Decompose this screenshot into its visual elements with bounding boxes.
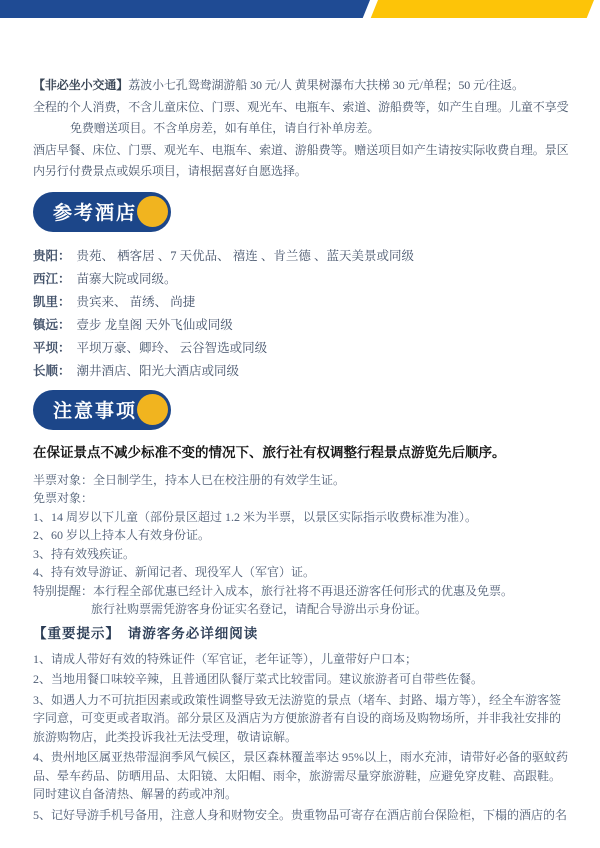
section-title-hotels: 参考酒店 <box>53 198 137 225</box>
top-banner <box>0 0 600 18</box>
special-reminder-line: 特别提醒：本行程全部优惠已经计入成本，旅行社将不再退还游客任何形式的优惠及免票。 <box>33 582 570 601</box>
free-ticket-item: 1、14 周岁以下儿童（部份景区超过 1.2 米为半票，以景区实际指示收费标准为… <box>33 508 570 527</box>
hotel-row: 贵阳：贵苑、 栖客居 、7 天优品、 禧连 、肯兰德 、蓝天美景或同级 <box>33 245 570 268</box>
special-reminder-line: 旅行社购票需凭游客身份证实名登记，请配合导游出示身份证。 <box>33 600 570 619</box>
hotel-city-label: 镇远： <box>33 318 71 332</box>
free-ticket-label: 免票对象： <box>33 489 570 508</box>
hotel-names: 苗寨大院或同级。 <box>77 272 177 286</box>
hotel-row: 西江：苗寨大院或同级。 <box>33 268 570 291</box>
tip-item: 2、当地用餐口味较辛辣，且普通团队餐厅菜式比较雷同。建议旅游者可自带些佐餐。 <box>33 670 570 689</box>
notes-list: 半票对象：全日制学生，持本人已在校注册的有效学生证。 免票对象： 1、14 周岁… <box>33 471 570 619</box>
section-header-hotels: 参考酒店 <box>33 192 171 232</box>
hotel-row: 镇远：壹步 龙皇阁 天外飞仙或同级 <box>33 314 570 337</box>
hotel-names: 潮井酒店、阳光大酒店或同级 <box>77 364 240 378</box>
banner-stripe-blue <box>0 0 370 18</box>
intro-line: 免费赠送项目。不含单房差，如有单住，请自行补单房差。 <box>33 118 570 140</box>
intro-line: 全程的个人消费，不含儿童床位、门票、观光车、电瓶车、索道、游船费等，如产生自理。… <box>33 97 570 119</box>
hotel-row: 平坝：平坝万豪、卿玲、 云谷智选或同级 <box>33 337 570 360</box>
hotel-row: 凯里：贵宾来、 苗绣、 尚捷 <box>33 291 570 314</box>
section-title-notes: 注意事项 <box>53 396 137 423</box>
intro-line-text: 荔波小七孔鸳鸯湖游船 30 元/人 黄果树瀑布大扶梯 30 元/单程；50 元/… <box>128 78 524 92</box>
hotel-row: 长顺：潮井酒店、阳光大酒店或同级 <box>33 360 570 383</box>
intro-line: 酒店早餐、床位、门票、观光车、电瓶车、索道、游船费等。赠送项目如产生请按实际收费… <box>33 140 570 162</box>
section-header-notes: 注意事项 <box>33 390 171 430</box>
tip-item: 5、记好导游手机号备用，注意人身和财物安全。贵重物品可寄存在酒店前台保险柜，下榻… <box>33 806 570 825</box>
hotels-list: 贵阳：贵苑、 栖客居 、7 天优品、 禧连 、肯兰德 、蓝天美景或同级 西江：苗… <box>33 245 570 383</box>
half-ticket-line: 半票对象：全日制学生，持本人已在校注册的有效学生证。 <box>33 471 570 490</box>
tip-item: 4、贵州地区属亚热带湿润季风气候区，景区森林覆盖率达 95%以上，雨水充沛，请带… <box>33 748 570 804</box>
hotel-city-label: 平坝： <box>33 341 71 355</box>
tip-item: 3、如遇人力不可抗拒因素或政策性调整导致无法游览的景点（堵车、封路、塌方等），经… <box>33 691 570 747</box>
hotel-city-label: 长顺： <box>33 364 71 378</box>
notes-headline: 在保证景点不减少标准不变的情况下、旅行社有权调整行程景点游览先后顺序。 <box>33 443 570 462</box>
free-ticket-item: 4、持有效导游证、新闻记者、现役军人（军官）证。 <box>33 563 570 582</box>
hotel-names: 平坝万豪、卿玲、 云谷智选或同级 <box>77 341 268 355</box>
hotel-names: 贵苑、 栖客居 、7 天优品、 禧连 、肯兰德 、蓝天美景或同级 <box>77 249 415 263</box>
section-badge-circle <box>137 394 168 425</box>
intro-line: 【非必坐小交通】荔波小七孔鸳鸯湖游船 30 元/人 黄果树瀑布大扶梯 30 元/… <box>33 75 570 97</box>
intro-paragraph: 【非必坐小交通】荔波小七孔鸳鸯湖游船 30 元/人 黄果树瀑布大扶梯 30 元/… <box>33 75 570 183</box>
intro-line: 内另行付费景点或娱乐项目，请根据喜好自愿选择。 <box>33 161 570 183</box>
page-content: 【非必坐小交通】荔波小七孔鸳鸯湖游船 30 元/人 黄果树瀑布大扶梯 30 元/… <box>0 18 600 826</box>
hotel-city-label: 贵阳： <box>33 249 71 263</box>
document-page: 【非必坐小交通】荔波小七孔鸳鸯湖游船 30 元/人 黄果树瀑布大扶梯 30 元/… <box>0 0 600 848</box>
hotel-names: 壹步 龙皇阁 天外飞仙或同级 <box>77 318 233 332</box>
important-tips-heading: 【重要提示】 请游客务必详细阅读 <box>33 624 570 644</box>
section-badge-circle <box>137 196 168 227</box>
tip-item: 1、请成人带好有效的特殊证件（军官证，老年证等），儿童带好户口本； <box>33 650 570 669</box>
hotel-names: 贵宾来、 苗绣、 尚捷 <box>77 295 196 309</box>
free-ticket-item: 3、持有效残疾证。 <box>33 545 570 564</box>
hotel-city-label: 凯里： <box>33 295 71 309</box>
banner-stripe-yellow <box>371 0 594 18</box>
important-tips-list: 1、请成人带好有效的特殊证件（军官证，老年证等），儿童带好户口本； 2、当地用餐… <box>33 650 570 825</box>
free-ticket-item: 2、60 岁以上持本人有效身份证。 <box>33 526 570 545</box>
hotel-city-label: 西江： <box>33 272 71 286</box>
intro-lead-label: 【非必坐小交通】 <box>33 78 128 92</box>
